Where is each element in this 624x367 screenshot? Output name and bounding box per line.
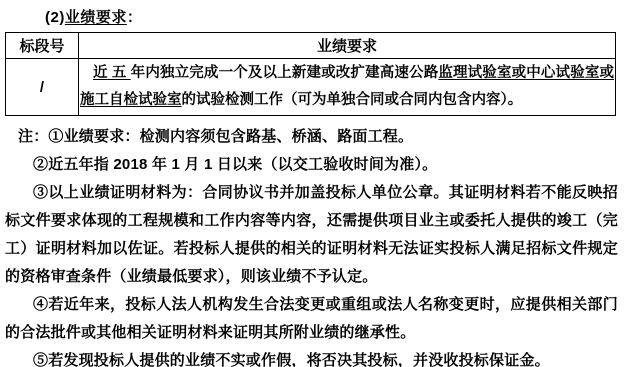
cell-section-no: / bbox=[6, 59, 79, 116]
note-item-3: ③以上业绩证明材料为：合同协议书并加盖投标人单位公章。其证明材料若不能反映招标文… bbox=[5, 179, 618, 291]
note-item-4: ④若近年来，投标人法人机构发生合法变更或重组或法人名称变更时，应提供相关部门的合… bbox=[5, 291, 618, 347]
table-row: / 近 五 年内独立完成一个及以上新建或改扩建高速公路监理试验室或中心试验室或施… bbox=[6, 59, 616, 116]
table-header-row: 标段号 业绩要求 bbox=[6, 33, 616, 59]
performance-requirement-table: 标段号 业绩要求 / 近 五 年内独立完成一个及以上新建或改扩建高速公路监理试验… bbox=[5, 32, 616, 116]
section-title: (2)业绩要求： bbox=[45, 6, 624, 27]
requirement-text: 年内独立完成一个及以上新建或改扩建高速公路 bbox=[131, 65, 439, 81]
section-title-prefix: (2) bbox=[45, 9, 65, 26]
section-title-colon: ： bbox=[127, 9, 143, 26]
requirement-blank-filled: 近 五 bbox=[93, 65, 131, 81]
note-item-1: 注：①业绩要求：检测内容须包含路基、桥涵、路面工程。 bbox=[5, 123, 618, 151]
document-page: (2)业绩要求： 标段号 业绩要求 / 近 五 年内独立完成一个及以上新建或改扩… bbox=[0, 6, 624, 367]
note-item-5: ⑤若发现投标人提供的业绩不实或作假，将否决其投标，并没收投标保证金。 bbox=[5, 347, 618, 367]
header-cell-section-no: 标段号 bbox=[6, 33, 79, 59]
section-title-underlined: 业绩要求 bbox=[65, 9, 127, 26]
note-item-2: ②近五年指 2018 年 1 月 1 日以来（以交工验收时间为准）。 bbox=[5, 151, 618, 179]
notes-section: 注：①业绩要求：检测内容须包含路基、桥涵、路面工程。 ②近五年指 2018 年 … bbox=[5, 123, 618, 367]
header-cell-requirement: 业绩要求 bbox=[79, 33, 616, 59]
requirement-text-tail: 的试验检测工作（可为单独合同或合同内包含内容）。 bbox=[182, 92, 523, 108]
cell-requirement: 近 五 年内独立完成一个及以上新建或改扩建高速公路监理试验室或中心试验室或施工自… bbox=[79, 59, 616, 116]
